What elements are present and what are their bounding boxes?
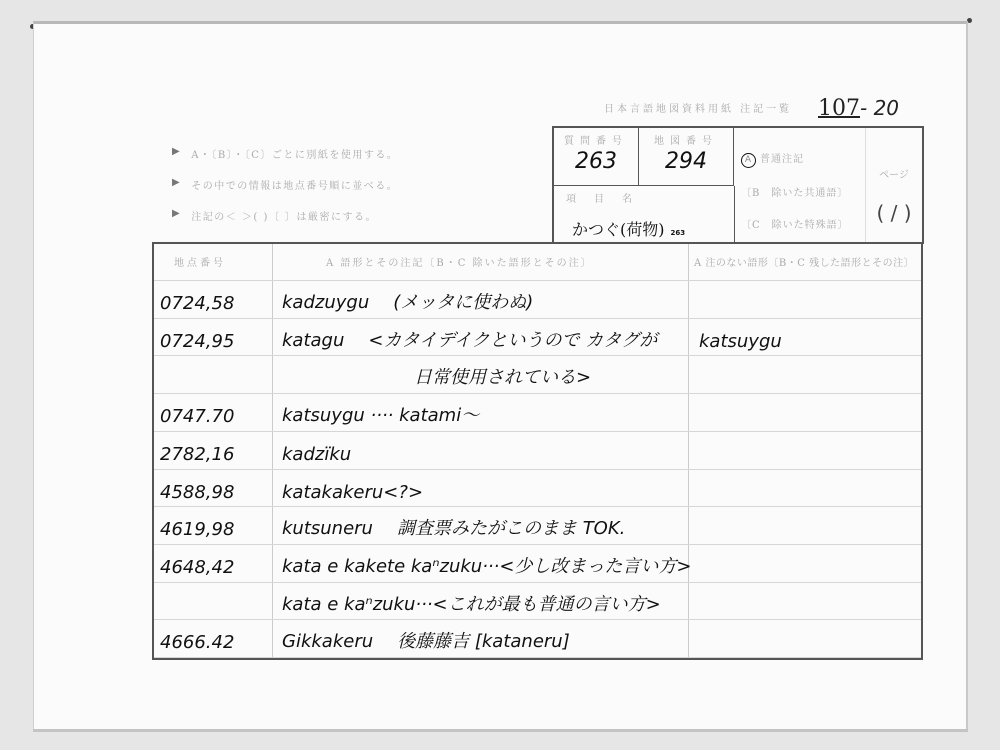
form-title: 日本言語地図資料用紙 注記一覧	[604, 100, 792, 115]
word-form: Gikkakeru後藤藤吉 [kataneru]	[282, 627, 570, 653]
table-row: 4588,98katakakeru<?>	[154, 469, 921, 507]
column-header: 地点番号	[174, 254, 226, 269]
table-row: 0747.70katsuygu ···· katami～	[154, 393, 921, 431]
word-form: kata e kakete kaⁿzuku···<少し改まった言い方>	[282, 552, 716, 578]
item-code: 263	[671, 229, 686, 237]
page-number: ( / )	[866, 201, 922, 225]
table-row: 4619,98kutsuneru調査票みたがこのまま TOK.	[154, 506, 921, 544]
word-form: kata e kaⁿzuku···<これが最も普通の言い方>	[282, 590, 685, 616]
map-number: 294	[639, 149, 733, 174]
table-row: 4666.42Gikkakeru後藤藤吉 [kataneru]	[154, 619, 921, 657]
word-form: kadzuygu(メッタに使わぬ)	[282, 288, 533, 314]
card-id-number: 107	[818, 96, 860, 121]
word-form: katagu<カタイデイクというので カタグが	[282, 326, 657, 352]
column-header: A 注のない語形〔B・C 残した語形とその注〕	[694, 254, 914, 269]
annotation-note: 調査票みたがこのまま TOK.	[397, 518, 625, 539]
triangle-icon: ▶	[172, 146, 181, 157]
annotation-note: 後藤藤吉 [kataneru]	[397, 631, 570, 652]
annotation-note: (メッタに使わぬ)	[393, 292, 533, 313]
annotation-note: <カタイデイクというので カタグが	[368, 330, 657, 351]
table-row: 日常使用されている>	[154, 355, 921, 393]
location-number: 0747.70	[160, 406, 234, 427]
column-header: A 語形とその注記〔B・C 除いた語形とその注〕	[326, 254, 593, 269]
location-number: 4666.42	[160, 632, 234, 653]
table-row: 4648,42kata e kakete kaⁿzuku···<少し改まった言い…	[154, 544, 921, 582]
triangle-icon: ▶	[172, 208, 181, 219]
annotation-table: 地点番号 A 語形とその注記〔B・C 除いた語形とその注〕 A 注のない語形〔B…	[152, 242, 923, 660]
page-cell: ページ ( / )	[866, 128, 922, 244]
instructions: ▶A・〔B〕・〔C〕ごとに別紙を使用する。 ▶その中での情報は地点番号順に並べる…	[172, 146, 398, 239]
location-number: 0724,58	[160, 293, 234, 314]
location-number: 4648,42	[160, 557, 234, 578]
instruction-item: ▶注記の＜ ＞( )〔 〕は厳密にする。	[172, 208, 398, 239]
type-a-circled: A	[741, 153, 756, 168]
item-name: かつぐ(荷物)	[572, 220, 665, 239]
card-id: 107- 20	[818, 96, 899, 121]
table-row: kata e kaⁿzuku···<これが最も普通の言い方>	[154, 582, 921, 620]
table-row: 0724,95katagu<カタイデイクというので カタグがkatsuygu	[154, 318, 921, 356]
table-row: 0724,58kadzuygu(メッタに使わぬ)	[154, 280, 921, 318]
word-form: kadzïku	[282, 444, 375, 465]
card-id-suffix: - 20	[860, 96, 899, 120]
header-box: 質問番号 263 地図番号 294 項目名 かつぐ(荷物)263 A普通注記 〔…	[552, 126, 924, 244]
location-number: 0724,95	[160, 331, 234, 352]
instruction-item: ▶その中での情報は地点番号順に並べる。	[172, 177, 398, 208]
table-row: 2782,16kadzïku	[154, 431, 921, 469]
location-number: 4588,98	[160, 482, 234, 503]
location-number: 2782,16	[160, 444, 234, 465]
triangle-icon: ▶	[172, 177, 181, 188]
annotation-types: A普通注記 〔B 除いた共通語〕 〔C 除いた特殊語〕	[735, 128, 866, 244]
word-form: katakakeru<?>	[282, 482, 447, 503]
instruction-item: ▶A・〔B〕・〔C〕ごとに別紙を使用する。	[172, 146, 398, 177]
question-number: 263	[554, 149, 638, 174]
map-number-cell: 地図番号 294	[639, 128, 734, 186]
question-number-cell: 質問番号 263	[554, 128, 639, 186]
unannotated-form: katsuygu	[699, 331, 782, 352]
word-form: kutsuneru調査票みたがこのまま TOK.	[282, 514, 625, 540]
location-number: 4619,98	[160, 519, 234, 540]
item-name-cell: 項目名 かつぐ(荷物)263	[554, 186, 735, 244]
annotation-note: 日常使用されている>	[414, 367, 591, 388]
word-form: 日常使用されている>	[414, 363, 591, 389]
word-form: katsuygu ···· katami～	[282, 401, 503, 427]
